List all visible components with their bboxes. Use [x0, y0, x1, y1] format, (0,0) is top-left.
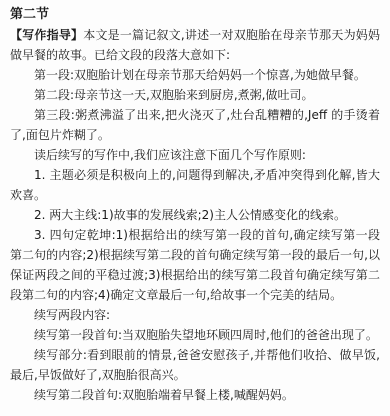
paragraph-summary-1: 第一段:双胞胎计划在母亲节那天给妈妈一个惊喜,为她做早餐。: [10, 65, 380, 85]
continuation-para2-opening: 续写第二段首句:双胞胎端着早餐上楼,喊醒妈妈。: [10, 385, 380, 405]
paragraph-summary-2: 第二段:母亲节这一天,双胞胎来到厨房,煮粥,做吐司。: [10, 85, 380, 105]
writing-guidance-label: 【写作指导】: [10, 28, 83, 42]
document-page: 第二节 【写作指导】本文是一篇记叙文,讲述一对双胞胎在母亲节那天为妈妈做早餐的故…: [0, 0, 390, 416]
section-title: 第二节: [10, 5, 380, 25]
continuation-para1-opening: 续写第一段首句:当双胞胎失望地环顾四周时,他们的爸爸出现了。: [10, 325, 380, 345]
paragraph-summary-3: 第三段:粥煮沸溢了出来,把火浇灭了,灶台乱糟糟的,Jeff 的手烫着了,面包片炸…: [10, 105, 380, 145]
principle-3: 3. 四句定乾坤:1)根据给出的续写第一段的首句,确定续写第一段第二句的内容;2…: [10, 225, 380, 305]
principle-1: 1. 主题必须是积极向上的,问题得到解决,矛盾冲突得到化解,皆大欢喜。: [10, 165, 380, 205]
writing-principles-intro: 读后续写的写作中,我们应该注意下面几个写作原则:: [10, 145, 380, 165]
continuation-part-summary: 续写部分:看到眼前的情景,爸爸安慰孩子,并帮他们收拾、做早饭,最后,早饭做好了,…: [10, 345, 380, 385]
writing-guidance-intro: 【写作指导】本文是一篇记叙文,讲述一对双胞胎在母亲节那天为妈妈做早餐的故事。已给…: [10, 25, 380, 65]
continuation-content-heading: 续写两段内容:: [10, 305, 380, 325]
principle-2: 2. 两大主线:1)故事的发展线索;2)主人公情感变化的线索。: [10, 205, 380, 225]
